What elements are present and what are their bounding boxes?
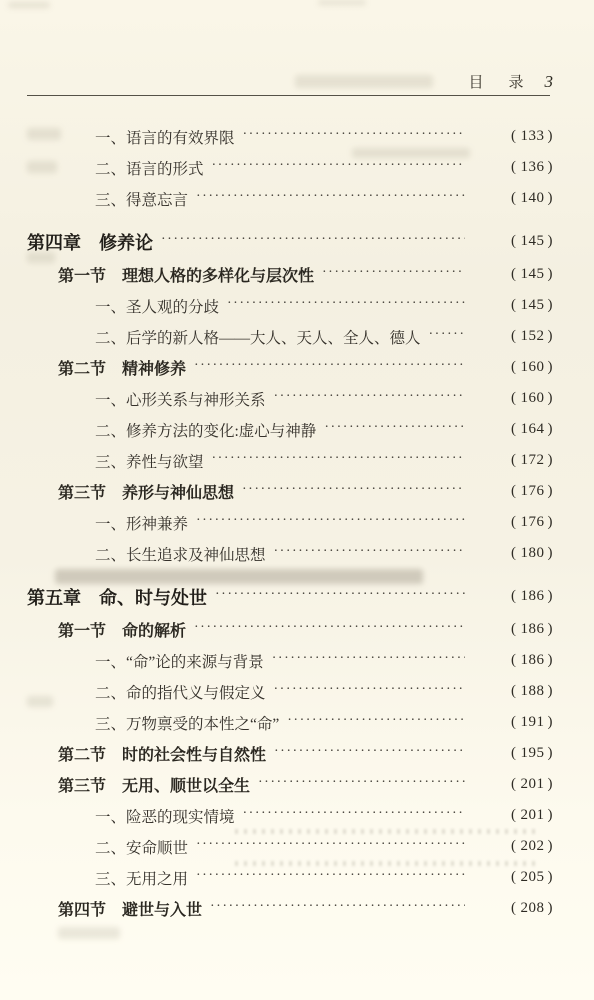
dot-leader: ········································…	[215, 587, 465, 603]
dot-leader: ········································…	[243, 127, 465, 143]
toc-entry-title: 第一节 命的解析	[27, 618, 186, 641]
toc-entry-title: 二、命的指代义与假定义	[27, 681, 266, 703]
page-header: 目 录 3	[27, 72, 553, 92]
page-number: 160	[521, 390, 545, 407]
toc-entry-title: 一、险恶的现实情境	[27, 805, 235, 827]
toc-entry-section: 第三节 养形与神仙思想·····························…	[27, 476, 553, 507]
dot-leader: ········································…	[274, 544, 465, 560]
dot-leader: ········································…	[212, 451, 465, 467]
page-number: 172	[521, 452, 545, 469]
toc-entry-page: 191	[475, 714, 553, 731]
toc-entry-page: 145	[475, 266, 553, 283]
page-number: 208	[521, 900, 545, 917]
toc-entry-page: 172	[475, 452, 553, 469]
dot-leader: ········································…	[161, 232, 465, 248]
page-number: 186	[521, 588, 545, 605]
page-number: 201	[521, 776, 545, 793]
toc-list: 一、语言的有效界限·······························…	[27, 121, 553, 924]
page-number: 160	[521, 359, 545, 376]
toc-entry-page: 145	[475, 297, 553, 314]
page-number: 164	[521, 421, 545, 438]
toc-entry-title: 三、万物禀受的本性之“命”	[27, 712, 279, 734]
toc-entry-page: 176	[475, 514, 553, 531]
header-title: 目 录	[468, 73, 528, 93]
dot-leader: ········································…	[194, 620, 465, 636]
toc-entry-page: 145	[475, 233, 553, 250]
toc-entry-item: 三、得意忘言··································…	[27, 183, 553, 214]
bleedthrough-smudge	[55, 569, 423, 584]
toc-entry-item: 一、险恶的现实情境·······························…	[27, 800, 553, 831]
toc-entry-item: 二、命的指代义与假定义·····························…	[27, 676, 553, 707]
toc-entry-title: 第二节 时的社会性与自然性	[27, 742, 266, 765]
page-number: 145	[521, 297, 545, 314]
page-number: 133	[521, 128, 545, 145]
toc-entry-page: 136	[475, 159, 553, 176]
page-number: 145	[521, 266, 545, 283]
toc-entry-item: 一、形神兼养··································…	[27, 507, 553, 538]
toc-entry-title: 一、心形关系与神形关系	[27, 388, 266, 410]
toc-entry-title: 二、后学的新人格——大人、天人、全人、德人	[27, 326, 421, 348]
dot-leader: ········································…	[196, 189, 465, 205]
toc-entry-page: 160	[475, 359, 553, 376]
toc-entry-section: 第四节 避世与入世·······························…	[27, 893, 553, 924]
page-number: 176	[521, 483, 545, 500]
toc-entry-item: 三、无用之用··································…	[27, 862, 553, 893]
page-number: 205	[521, 869, 545, 886]
toc-entry-title: 二、长生追求及神仙思想	[27, 543, 266, 565]
toc-entry-title: 第四章 修养论	[27, 229, 153, 255]
toc-entry-page: 186	[475, 652, 553, 669]
toc-entry-item: 二、长生追求及神仙思想·····························…	[27, 538, 553, 569]
toc-entry-section: 第三节 无用、顺世以全生····························…	[27, 769, 553, 800]
page-number: 145	[521, 233, 545, 250]
page-number: 140	[521, 190, 545, 207]
page-number: 202	[521, 838, 545, 855]
page-number: 188	[521, 683, 545, 700]
page-number: 201	[521, 807, 545, 824]
book-page: 目 录 3 一、语言的有效界限·························…	[0, 0, 594, 1000]
bleedthrough-dotted-line	[235, 861, 540, 866]
toc-entry-title: 一、圣人观的分歧	[27, 295, 219, 317]
toc-entry-page: 180	[475, 545, 553, 562]
dot-leader: ········································…	[212, 158, 465, 174]
page-number: 136	[521, 159, 545, 176]
toc-entry-page: 164	[475, 421, 553, 438]
page-number: 180	[521, 545, 545, 562]
toc-entry-item: 二、修养方法的变化:虚心与神静·························…	[27, 414, 553, 445]
header-rule	[27, 95, 550, 96]
bleedthrough-smudge	[27, 252, 55, 263]
toc-entry-page: 186	[475, 588, 553, 605]
toc-entry-page: 188	[475, 683, 553, 700]
toc-entry-item: 二、后学的新人格——大人、天人、全人、德人···················…	[27, 321, 553, 352]
toc-entry-page: 160	[475, 390, 553, 407]
dot-leader: ········································…	[196, 513, 465, 529]
toc-entry-page: 140	[475, 190, 553, 207]
bleedthrough-smudge	[58, 927, 120, 939]
dot-leader: ········································…	[324, 420, 465, 436]
toc-entry-item: 一、圣人观的分歧································…	[27, 290, 553, 321]
toc-entry-item: 一、“命”论的来源与背景····························…	[27, 645, 553, 676]
toc-entry-item: 三、养性与欲望·································…	[27, 445, 553, 476]
bleedthrough-smudge	[27, 128, 61, 140]
dot-leader: ········································…	[287, 713, 465, 729]
toc-entry-title: 一、“命”论的来源与背景	[27, 650, 264, 672]
toc-entry-section: 第二节 时的社会性与自然性···························…	[27, 738, 553, 769]
bleedthrough-smudge	[318, 0, 366, 5]
toc-entry-page: 133	[475, 128, 553, 145]
toc-entry-page: 201	[475, 807, 553, 824]
bleedthrough-smudge	[352, 148, 470, 158]
toc-entry-chapter: 第四章 修养论·································…	[27, 224, 553, 259]
dot-leader: ········································…	[274, 744, 465, 760]
toc-entry-page: 208	[475, 900, 553, 917]
toc-entry-item: 二、安命顺世··································…	[27, 831, 553, 862]
toc-entry-title: 三、无用之用	[27, 867, 188, 889]
toc-entry-item: 三、万物禀受的本性之“命”···························…	[27, 707, 553, 738]
page-number: 152	[521, 328, 545, 345]
toc-entry-title: 一、形神兼养	[27, 512, 188, 534]
dot-leader: ········································…	[258, 775, 465, 791]
page-number: 195	[521, 745, 545, 762]
dot-leader: ········································…	[429, 327, 465, 343]
toc-entry-item: 一、语言的有效界限·······························…	[27, 121, 553, 152]
toc-entry-item: 二、语言的形式·································…	[27, 152, 553, 183]
toc-entry-title: 二、修养方法的变化:虚心与神静	[27, 419, 316, 441]
page-number: 186	[521, 621, 545, 638]
page-number: 186	[521, 652, 545, 669]
dot-leader: ········································…	[274, 389, 465, 405]
toc-entry-title: 第四节 避世与入世	[27, 897, 202, 920]
bleedthrough-smudge	[27, 696, 53, 707]
dot-leader: ········································…	[196, 868, 465, 884]
toc-entry-page: 201	[475, 776, 553, 793]
toc-entry-title: 第三节 无用、顺世以全生	[27, 773, 250, 796]
toc-entry-page: 205	[475, 869, 553, 886]
toc-entry-title: 三、得意忘言	[27, 188, 188, 210]
toc-entry-title: 第二节 精神修养	[27, 356, 186, 379]
dot-leader: ········································…	[194, 358, 465, 374]
dot-leader: ········································…	[196, 837, 465, 853]
toc-entry-section: 第一节 理想人格的多样化与层次性························…	[27, 259, 553, 290]
page-number: 191	[521, 714, 545, 731]
bleedthrough-dotted-line	[235, 829, 540, 834]
dot-leader: ········································…	[227, 296, 465, 312]
toc-entry-title: 第三节 养形与神仙思想	[27, 480, 234, 503]
toc-entry-page: 152	[475, 328, 553, 345]
dot-leader: ········································…	[210, 899, 465, 915]
toc-entry-page: 186	[475, 621, 553, 638]
toc-entry-chapter: 第五章 命、时与处世······························…	[27, 579, 553, 614]
dot-leader: ········································…	[272, 651, 465, 667]
toc-entry-page: 176	[475, 483, 553, 500]
dot-leader: ········································…	[243, 806, 465, 822]
toc-entry-page: 195	[475, 745, 553, 762]
toc-entry-title: 三、养性与欲望	[27, 450, 204, 472]
page-number: 176	[521, 514, 545, 531]
toc-entry-section: 第二节 精神修养································…	[27, 352, 553, 383]
toc-entry-title: 第一节 理想人格的多样化与层次性	[27, 263, 314, 286]
bleedthrough-smudge	[8, 2, 50, 8]
toc-entry-item: 一、心形关系与神形关系·····························…	[27, 383, 553, 414]
dot-leader: ········································…	[322, 265, 465, 281]
toc-entry-section: 第一节 命的解析································…	[27, 614, 553, 645]
toc-entry-title: 二、安命顺世	[27, 836, 188, 858]
dot-leader: ········································…	[242, 482, 465, 498]
dot-leader: ········································…	[274, 682, 465, 698]
header-page-number: 3	[545, 72, 554, 92]
toc-entry-title: 第五章 命、时与处世	[27, 584, 207, 610]
bleedthrough-smudge	[27, 161, 57, 173]
toc-entry-page: 202	[475, 838, 553, 855]
